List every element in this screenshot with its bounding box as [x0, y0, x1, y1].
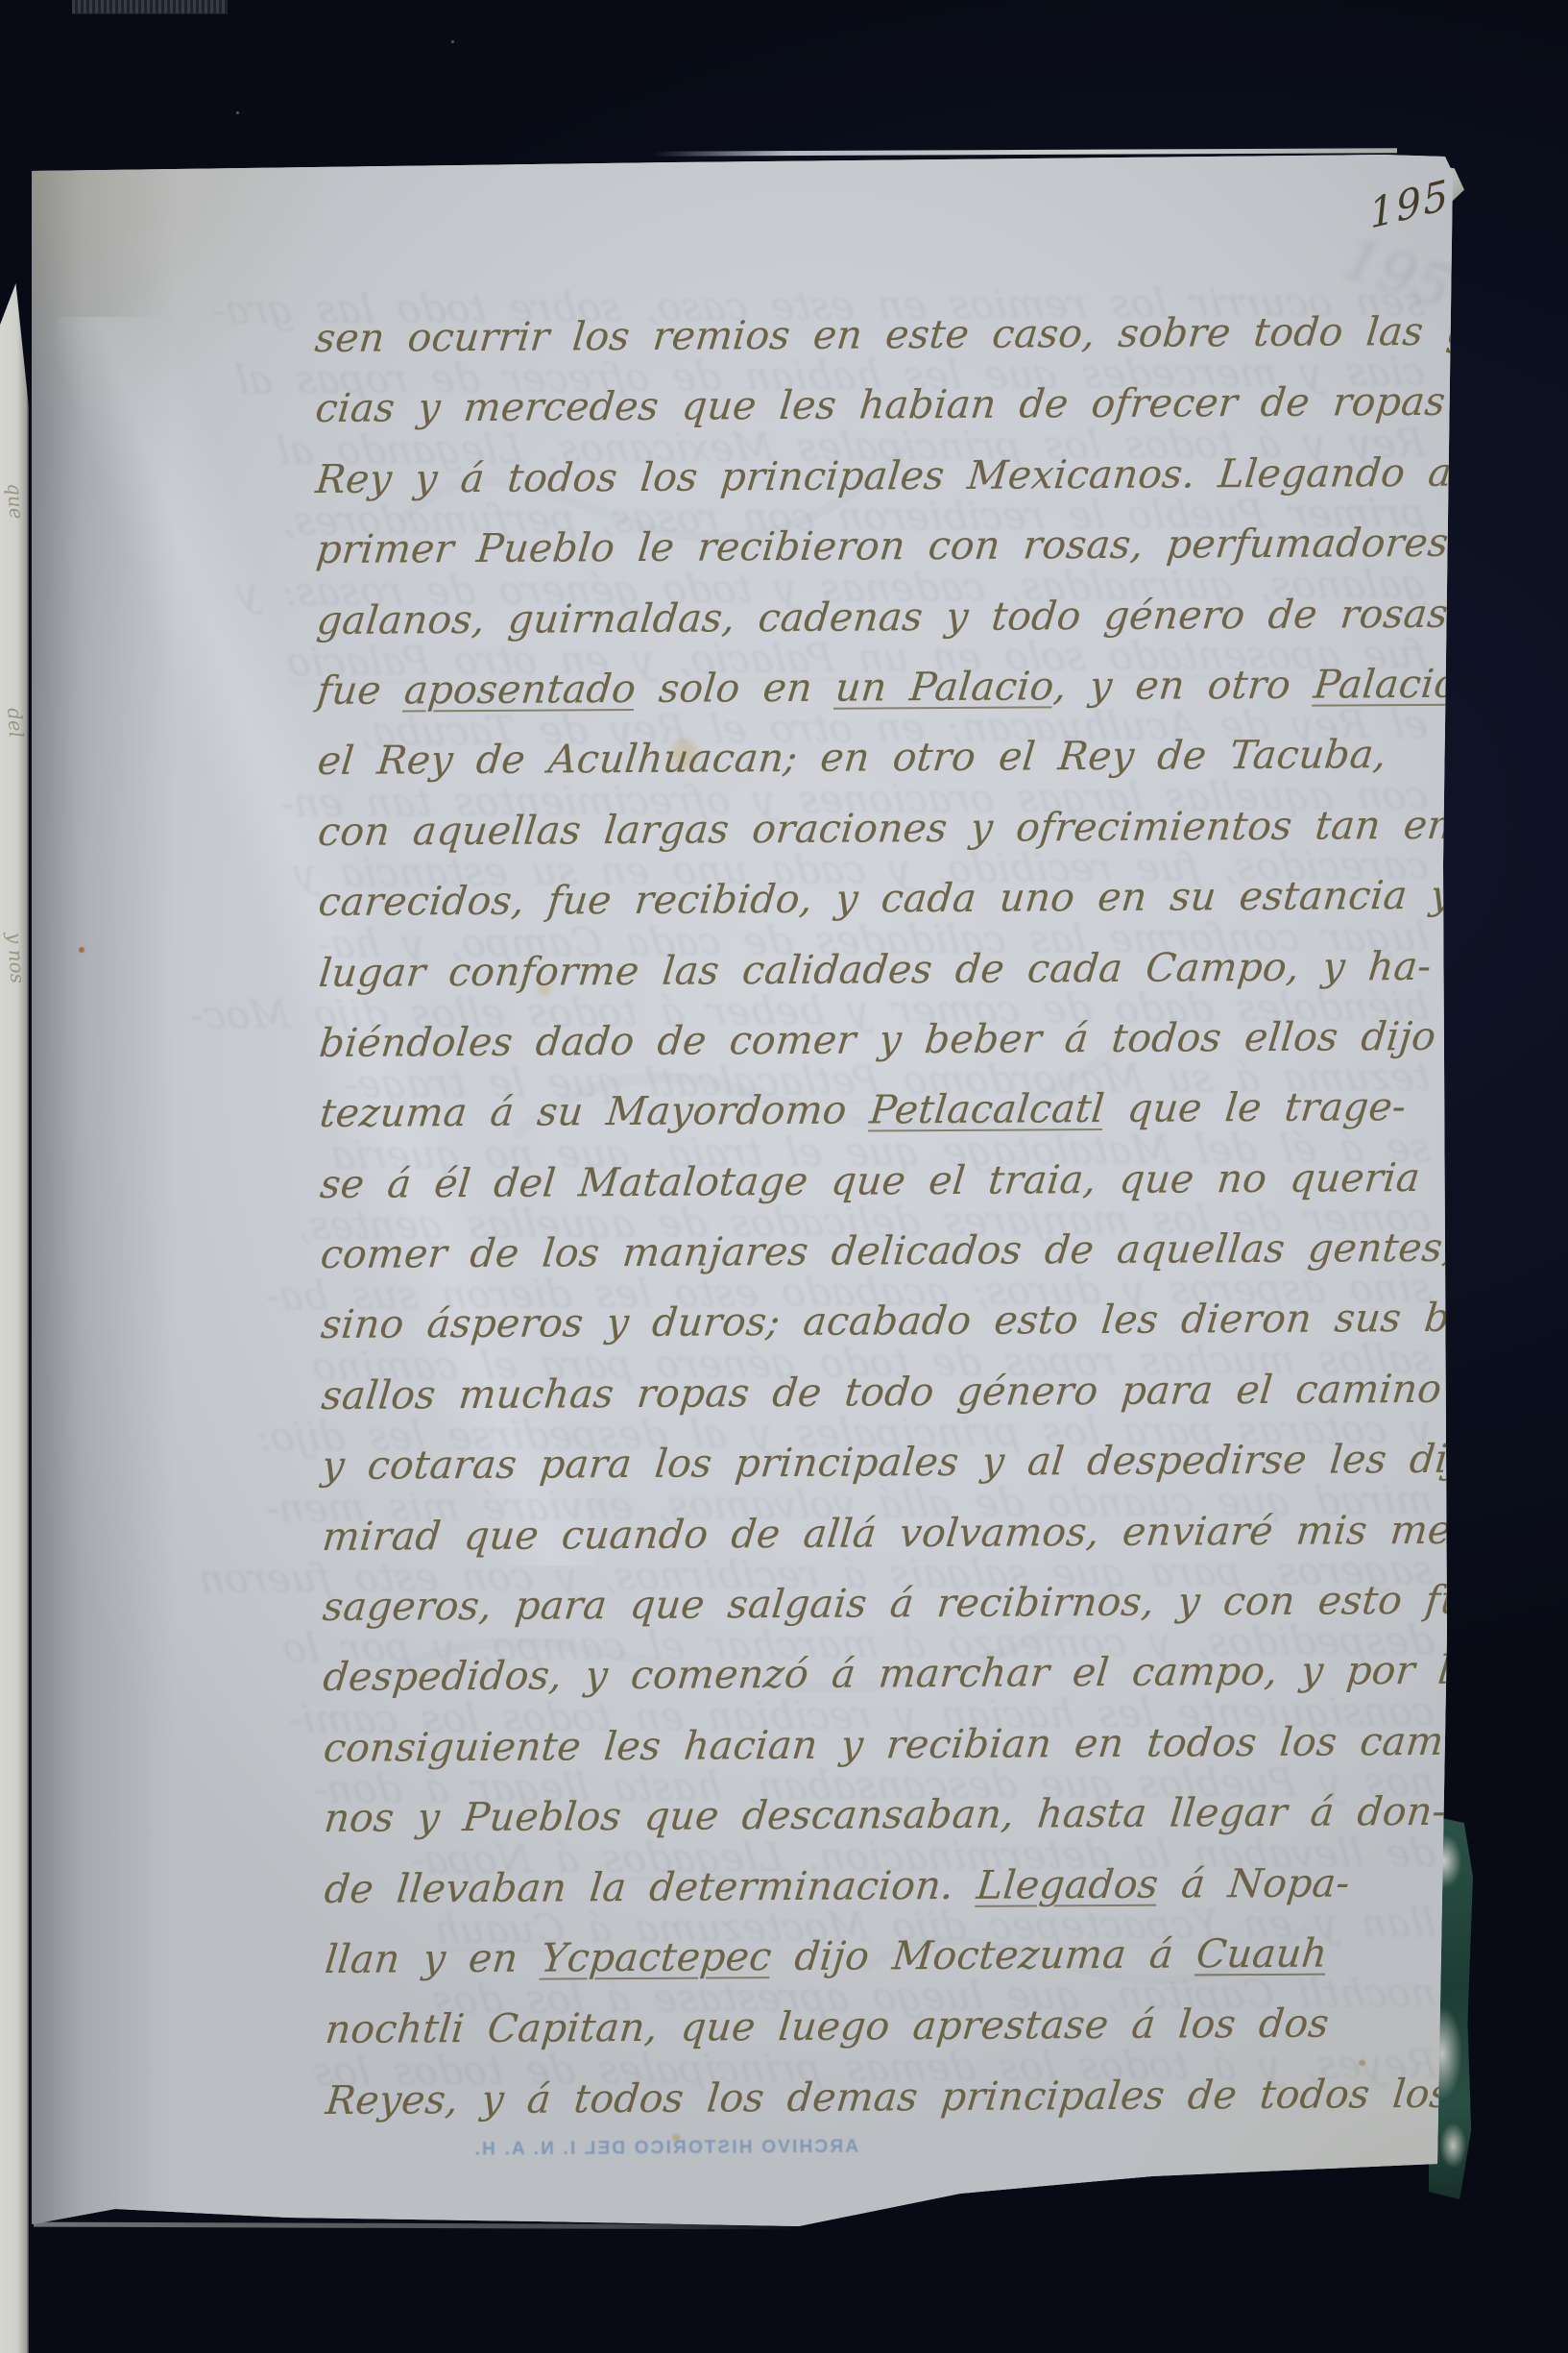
binding-tape-strip [72, 0, 228, 14]
text-segment: sallos muchas ropas de todo género para … [320, 1366, 1444, 1419]
manuscript-line: nochtli Capitan, que luego aprestase á l… [322, 1988, 1471, 2066]
text-segment: fue [315, 667, 406, 714]
manuscript-line: tezuma á su Mayordomo Petlacalcatl que l… [317, 1072, 1466, 1150]
paper-stain [79, 947, 84, 953]
text-segment: tezuma á su Mayordomo [318, 1087, 873, 1137]
text-segment: , y en otro [1051, 662, 1316, 710]
manuscript-line: Rey y á todos los principales Mexicanos.… [312, 437, 1461, 515]
manuscript-line: lugar conforme las calidades de cada Cam… [316, 931, 1465, 1008]
manuscript-line: y cotaras para los principales y al desp… [319, 1424, 1468, 1502]
manuscript-line: el Rey de Aculhuacan; en otro el Rey de … [314, 719, 1463, 797]
dust-speck [236, 111, 239, 114]
text-segment: dijo Moctezuma á [769, 1930, 1198, 1979]
text-segment: mirad que cuando de allá volvamos, envia… [321, 1506, 1493, 1559]
manuscript-line: con aquellas largas oraciones y ofrecimi… [315, 789, 1464, 867]
page-edge-fragment: del [3, 707, 28, 736]
manuscript-line: llan y en Ycpactepec dijo Moctezuma á Cu… [322, 1918, 1471, 1996]
text-segment: nochtli Capitan, que luego aprestase á l… [324, 2001, 1332, 2052]
manuscript-line: comer de los manjares delicados de aquel… [317, 1213, 1466, 1291]
text-segment: consiguiente les hacian y recibian en to… [322, 1717, 1472, 1770]
underlined-word: Llegados [975, 1860, 1161, 1907]
text-segment: con aquellas largas oraciones y ofrecimi… [316, 801, 1468, 854]
page-edge-fragment: y nos [3, 932, 28, 960]
manuscript-page: sen ocurrir los remios en este caso, sob… [0, 0, 1568, 2353]
page-number: 195 [1368, 170, 1452, 237]
manuscript-line: carecidos, fue recibido, y cada uno en s… [315, 861, 1464, 938]
underlined-word: Palacio [1312, 661, 1460, 708]
manuscript-line: sino ásperos y duros; acabado esto les d… [318, 1283, 1467, 1361]
dust-speck [451, 40, 454, 43]
manuscript-line: sallos muchas ropas de todo género para … [318, 1354, 1467, 1432]
manuscript-line: sen ocurrir los remios en este caso, sob… [312, 297, 1461, 375]
manuscript-line: fue aposentado solo en un Palacio, y en … [314, 649, 1463, 727]
text-segment: llan y en [323, 1935, 543, 1982]
manuscript-line: cias y mercedes que les habian de ofrece… [312, 367, 1461, 445]
previous-page-sliver: quedely nos [0, 283, 29, 2353]
underlined-word: Ycpactepec [539, 1933, 774, 1980]
text-segment: de llevaban la determinacion. [323, 1861, 979, 1911]
manuscript-line: de llevaban la determinacion. Llegados á… [321, 1847, 1470, 1925]
manuscript-line: se á él del Matalotage que el traia, que… [317, 1142, 1466, 1220]
text-segment: á Nopa- [1156, 1859, 1352, 1906]
archive-stamp: ARCHIVO HISTORICO DEL I. N. A. H. [507, 2137, 858, 2161]
text-segment: sageros, para que salgais á recibirnos, … [321, 1576, 1560, 1630]
text-segment: sino ásperos y duros; acabado esto les d… [319, 1295, 1489, 1347]
manuscript-line: galanos, guirnaldas, cadenas y todo géne… [313, 578, 1462, 656]
text-segment: Reyes, y á todos los demas principales d… [324, 2071, 1452, 2123]
manuscript-text: sen ocurrir los remios en este caso, sob… [315, 297, 1469, 2136]
underlined-word: aposentado [402, 666, 639, 714]
text-segment: se á él del Matalotage que el traia, que… [318, 1154, 1422, 1207]
text-segment: que le trage- [1102, 1083, 1409, 1131]
manuscript-line: nos y Pueblos que descansaban, hasta lle… [321, 1777, 1470, 1855]
text-segment: cias y mercedes que les habian de ofrece… [313, 378, 1507, 432]
text-segment: sen ocurrir los remios en este caso, sob… [313, 307, 1531, 361]
text-segment: galanos, guirnaldas, cadenas y todo géne… [315, 590, 1509, 643]
text-segment: primer Pueblo le recibieron con rosas, p… [314, 520, 1463, 572]
underlined-word: un Palacio [833, 663, 1056, 710]
under-page-edge [653, 148, 1397, 156]
text-segment: lugar conforme las calidades de cada Cam… [317, 942, 1434, 995]
manuscript-scan: quedely nos sen ocurrir los remios en es… [0, 0, 1568, 2353]
manuscript-line: mirad que cuando de allá volvamos, envia… [319, 1494, 1468, 1572]
manuscript-line: primer Pueblo le recibieron con rosas, p… [313, 508, 1462, 586]
manuscript-line: biéndoles dado de comer y beber á todos … [316, 1002, 1465, 1079]
page-edge-fragment: que [3, 482, 28, 511]
text-segment: biéndoles dado de comer y beber á todos … [317, 1012, 1561, 1066]
text-segment: comer de los manjares delicados de aquel… [319, 1225, 1458, 1277]
text-segment: solo en [634, 665, 838, 712]
underlined-word: Cuauh [1194, 1930, 1330, 1977]
manuscript-line: consiguiente les hacian y recibian en to… [321, 1706, 1470, 1783]
gutter-shadow [32, 163, 176, 2228]
text-segment: y cotaras para los principales y al desp… [320, 1436, 1500, 1490]
manuscript-line: Reyes, y á todos los demas principales d… [323, 2058, 1472, 2136]
underlined-word: Petlacalcatl [868, 1085, 1107, 1133]
manuscript-line: despedidos, y comenzó á marchar el campo… [320, 1636, 1469, 1713]
text-segment: nos y Pueblos que descansaban, hasta lle… [322, 1788, 1448, 1841]
text-segment: despedidos, y comenzó á marchar el campo… [321, 1647, 1477, 1700]
text-segment: carecidos, fue recibido, y cada uno en s… [317, 872, 1456, 925]
text-segment: el Rey de Aculhuacan; en otro el Rey de … [316, 732, 1389, 785]
text-segment: Rey y á todos los principales Mexicanos.… [314, 449, 1467, 501]
manuscript-line: sageros, para que salgais á recibirnos, … [320, 1565, 1469, 1643]
